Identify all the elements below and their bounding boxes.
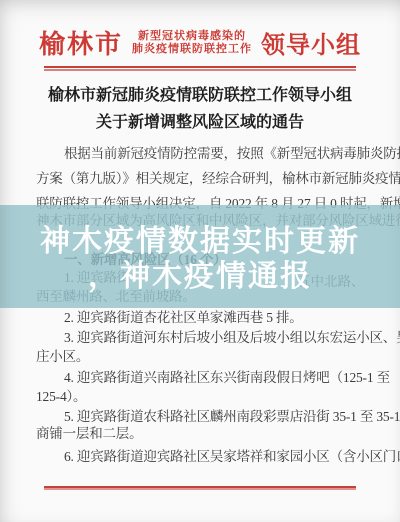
letterhead-org-left: 榆林市 (39, 24, 123, 61)
list-item-4-continuation: 125-4）。 (36, 389, 366, 405)
body-paragraph-line: 根据当前新冠疫情防控需要，按照《新型冠状病毒肺炎防控 (36, 146, 394, 162)
letterhead-red-rule (44, 66, 356, 68)
body-paragraph-line: 方案（第九版）》相关规定，经综合研判，榆林市新冠肺炎疫情 (36, 171, 366, 187)
document-title: 榆林市新冠肺炎疫情联防联控工作领导小组 关于新增调整风险区域的通告 (0, 82, 400, 136)
list-item-3-continuation: 庄小区。 (36, 349, 366, 365)
letterhead: 榆林市 新型冠状病毒感染的 肺炎疫情联防联控工作 领导小组 (0, 24, 400, 61)
bottom-red-rule (44, 486, 356, 488)
document-title-line1: 榆林市新冠肺炎疫情联防联控工作领导小组 (0, 82, 400, 109)
list-item-3: 3. 迎宾路街道河东村后坡小组及后坡小组以东宏运小区、吴 (36, 330, 394, 346)
document-title-line2: 关于新增调整风险区域的通告 (0, 109, 400, 136)
list-item-5: 5. 迎宾路街道农科路社区麟州南段彩票店沿街 35-1 至 35-14 (36, 409, 394, 425)
list-item-6: 6. 迎宾路街道迎宾路社区吴家塔祥和家园小区（含小区门口 (36, 449, 394, 465)
letterhead-org-right: 领导小组 (261, 25, 361, 60)
letterhead-subtitle-line2: 肺炎疫情联防联控工作 (132, 43, 252, 56)
notice-document-photo: 榆林市 新型冠状病毒感染的 肺炎疫情联防联控工作 领导小组 榆林市新冠肺炎疫情联… (0, 0, 400, 522)
letterhead-org-subtitle: 新型冠状病毒感染的 肺炎疫情联防联控工作 (132, 30, 252, 56)
watermark-headline: 神木疫情数据实时更新 ，神木疫情通报 (0, 224, 400, 294)
list-item-5-continuation: 商铺一层和二层。 (36, 426, 366, 442)
watermark-headline-line2: ，神木疫情通报 (0, 259, 400, 294)
letterhead-subtitle-line1: 新型冠状病毒感染的 (132, 30, 252, 43)
watermark-headline-line1: 神木疫情数据实时更新 (0, 224, 400, 259)
list-item-2: 2. 迎宾路街道杏花社区单家滩西巷 5 排。 (36, 310, 394, 326)
list-item-4: 4. 迎宾路街道兴南路社区东兴街南段假日烤吧（125-1 至 (36, 370, 394, 386)
